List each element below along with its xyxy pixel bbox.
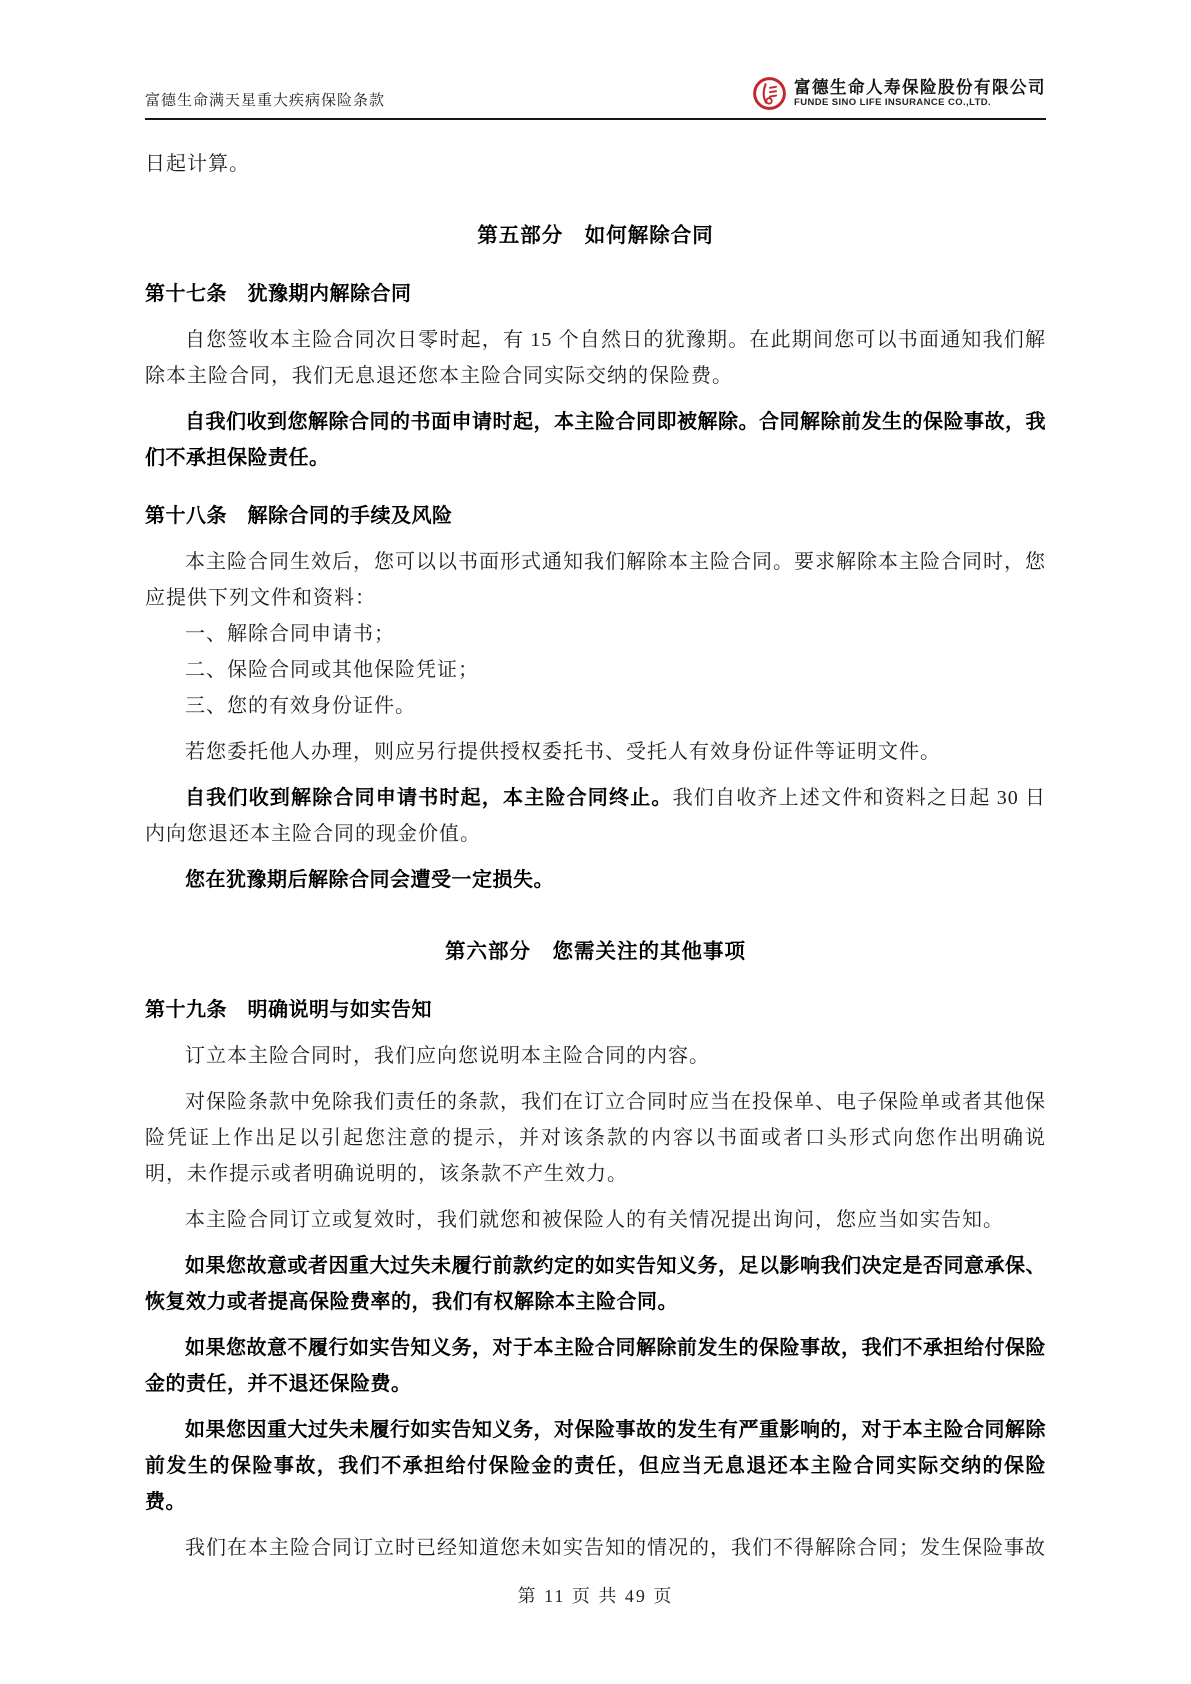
article18-paragraph-3: 自我们收到解除合同申请书时起，本主险合同终止。我们自收齐上述文件和资料之日起 3… bbox=[145, 780, 1046, 852]
article19-paragraph-5: 如果您故意不履行如实告知义务，对于本主险合同解除前发生的保险事故，我们不承担给付… bbox=[145, 1330, 1046, 1402]
article17-paragraph-2: 自我们收到您解除合同的书面申请时起，本主险合同即被解除。合同解除前发生的保险事故… bbox=[145, 404, 1046, 476]
company-brand: 富德生命人寿保险股份有限公司 FUNDE SINO LIFE INSURANCE… bbox=[752, 76, 1046, 111]
part5-title: 第五部分 如何解除合同 bbox=[145, 218, 1046, 254]
article18-paragraph-3-bold: 自我们收到解除合同申请书时起，本主险合同终止。 bbox=[185, 787, 673, 809]
article19-paragraph-4: 如果您故意或者因重大过失未履行前款约定的如实告知义务，足以影响我们决定是否同意承… bbox=[145, 1248, 1046, 1320]
article18-paragraph-4: 您在犹豫期后解除合同会遭受一定损失。 bbox=[145, 862, 1046, 898]
article19-paragraph-2: 对保险条款中免除我们责任的条款，我们在订立合同时应当在投保单、电子保险单或者其他… bbox=[145, 1084, 1046, 1192]
list-item: 三、您的有效身份证件。 bbox=[145, 688, 1046, 724]
article17-paragraph-1: 自您签收本主险合同次日零时起，有 15 个自然日的犹豫期。在此期间您可以书面通知… bbox=[145, 322, 1046, 394]
company-seal-icon bbox=[752, 76, 787, 111]
document-title: 富德生命满天星重大疾病保险条款 bbox=[145, 89, 385, 111]
article19-paragraph-3: 本主险合同订立或复效时，我们就您和被保险人的有关情况提出询问，您应当如实告知。 bbox=[145, 1202, 1046, 1238]
continued-paragraph: 日起计算。 bbox=[145, 146, 1046, 182]
company-names: 富德生命人寿保险股份有限公司 FUNDE SINO LIFE INSURANCE… bbox=[794, 79, 1046, 109]
document-body: 日起计算。 第五部分 如何解除合同 第十七条 犹豫期内解除合同 自您签收本主险合… bbox=[145, 146, 1046, 1566]
list-item: 一、解除合同申请书； bbox=[145, 616, 1046, 652]
article18-heading: 第十八条 解除合同的手续及风险 bbox=[145, 498, 1046, 534]
document-page: 富德生命满天星重大疾病保险条款 富德生命人寿保险股份有限公司 FUNDE SIN… bbox=[0, 0, 1191, 1684]
article17-heading: 第十七条 犹豫期内解除合同 bbox=[145, 276, 1046, 312]
article18-paragraph-2: 若您委托他人办理，则应另行提供授权委托书、受托人有效身份证件等证明文件。 bbox=[145, 734, 1046, 770]
article19-paragraph-7: 我们在本主险合同订立时已经知道您未如实告知的情况的，我们不得解除合同；发生保险事… bbox=[145, 1530, 1046, 1566]
article18-paragraph-1: 本主险合同生效后，您可以以书面形式通知我们解除本主险合同。要求解除本主险合同时，… bbox=[145, 544, 1046, 616]
page-header: 富德生命满天星重大疾病保险条款 富德生命人寿保险股份有限公司 FUNDE SIN… bbox=[145, 55, 1046, 120]
company-name-cn: 富德生命人寿保险股份有限公司 bbox=[794, 78, 1046, 98]
company-name-en: FUNDE SINO LIFE INSURANCE CO.,LTD. bbox=[794, 98, 1046, 109]
page-content: 富德生命满天星重大疾病保险条款 富德生命人寿保险股份有限公司 FUNDE SIN… bbox=[145, 55, 1046, 1566]
article19-paragraph-6: 如果您因重大过失未履行如实告知义务，对保险事故的发生有严重影响的，对于本主险合同… bbox=[145, 1412, 1046, 1520]
part6-title: 第六部分 您需关注的其他事项 bbox=[145, 934, 1046, 970]
page-number: 第 11 页 共 49 页 bbox=[0, 1582, 1191, 1608]
list-item: 二、保险合同或其他保险凭证； bbox=[145, 652, 1046, 688]
article19-paragraph-1: 订立本主险合同时，我们应向您说明本主险合同的内容。 bbox=[145, 1038, 1046, 1074]
article19-heading: 第十九条 明确说明与如实告知 bbox=[145, 992, 1046, 1028]
